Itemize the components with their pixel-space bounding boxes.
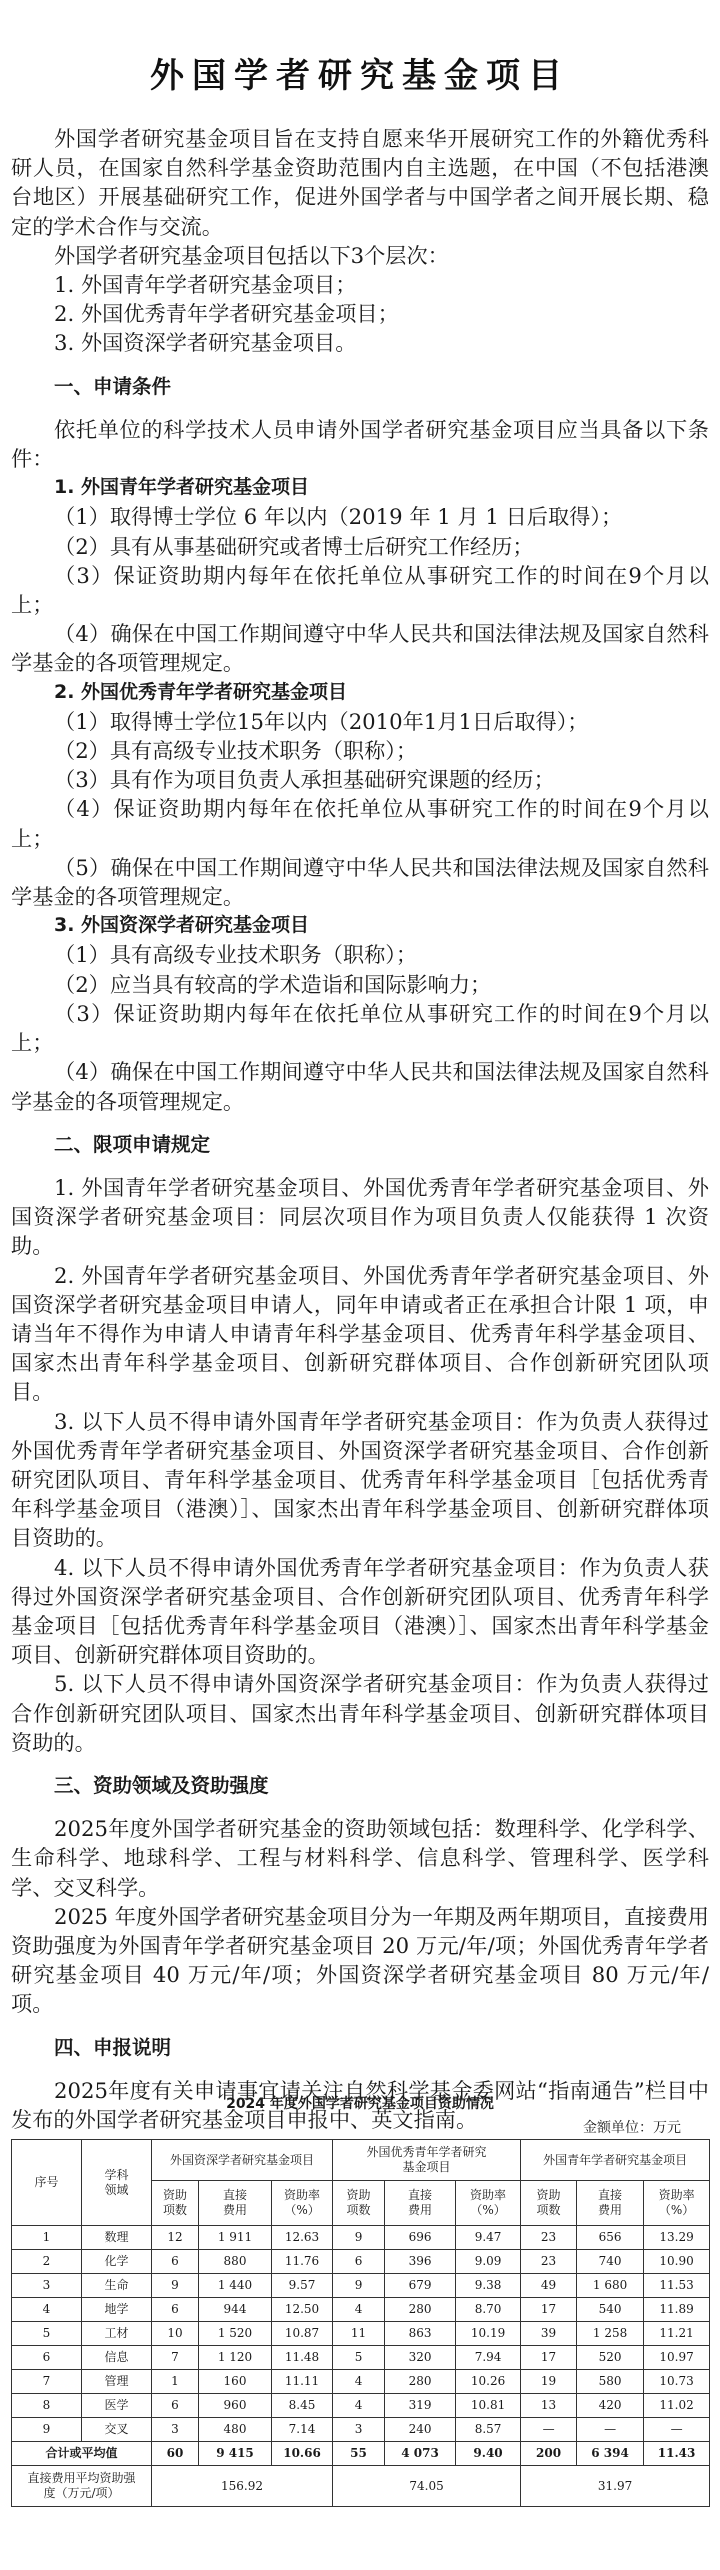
cell-value: 8.70 [456,2298,521,2322]
cell-value: 11.89 [644,2298,710,2322]
total-cell: 200 [521,2442,577,2466]
average-cell-young: 31.97 [521,2466,710,2507]
total-cell: 4 073 [385,2442,456,2466]
subheader-cost: 直接费用 [199,2181,272,2226]
cell-value: 12 [152,2226,199,2250]
cell-value: 23 [521,2250,577,2274]
subheader-count: 资助项数 [333,2181,385,2226]
cell-value: — [521,2418,577,2442]
cell-value: 12.63 [272,2226,333,2250]
average-cell-excellent-young: 74.05 [333,2466,521,2507]
cell-value: 39 [521,2322,577,2346]
cell-value: 13 [521,2394,577,2418]
eligibility-group-title: 3. 外国资深学者研究基金项目 [11,911,709,940]
table-body: 1数理121 91112.6396969.472365613.292化学6880… [12,2226,710,2442]
level-item: 3. 外国资深学者研究基金项目。 [11,328,709,357]
header-group-senior: 外国资深学者研究基金项目 [152,2140,333,2181]
table-row: 5工材101 52010.871186310.19391 25811.21 [12,2322,710,2346]
intro-paragraph: 外国学者研究基金项目旨在支持自愿来华开展研究工作的外籍优秀科研人员，在国家自然科… [11,124,709,241]
cell-value: 11.53 [644,2274,710,2298]
header-field: 学科领域 [82,2140,152,2226]
cell-seq: 5 [12,2322,82,2346]
eligibility-group-title: 2. 外国优秀青年学者研究基金项目 [11,678,709,707]
cell-value: 319 [385,2394,456,2418]
table-row: 4地学694412.5042808.701754011.89 [12,2298,710,2322]
cell-value: 11.11 [272,2370,333,2394]
cell-seq: 9 [12,2418,82,2442]
cell-value: 944 [199,2298,272,2322]
cell-value: 3 [333,2418,385,2442]
cell-field: 数理 [82,2226,152,2250]
cell-value: 480 [199,2418,272,2442]
subheader-rate: 资助率（%） [272,2181,333,2226]
table-row: 9交叉34807.1432408.57——— [12,2418,710,2442]
total-cell: 11.43 [644,2442,710,2466]
cell-seq: 6 [12,2346,82,2370]
cell-value: 740 [577,2250,644,2274]
eligibility-item: （4）保证资助期内每年在依托单位从事研究工作的时间在9个月以上； [11,794,709,852]
restriction-item: 2. 外国青年学者研究基金项目、外国优秀青年学者研究基金项目、外国资深学者研究基… [11,1261,709,1407]
cell-value: 6 [152,2298,199,2322]
cell-value: 280 [385,2298,456,2322]
section-heading-eligibility: 一、申请条件 [11,372,709,401]
cell-value: 17 [521,2346,577,2370]
cell-value: 9 [333,2226,385,2250]
cell-seq: 4 [12,2298,82,2322]
table-row: 2化学688011.7663969.092374010.90 [12,2250,710,2274]
eligibility-item: （1）取得博士学位 6 年以内（2019 年 1 月 1 日后取得）； [11,502,709,531]
total-cell: 55 [333,2442,385,2466]
cell-value: 863 [385,2322,456,2346]
cell-value: 11.02 [644,2394,710,2418]
cell-seq: 1 [12,2226,82,2250]
cell-value: 960 [199,2394,272,2418]
table-row: 8医学69608.45431910.811342011.02 [12,2394,710,2418]
table-row-average: 直接费用平均资助强度（万元/项） 156.92 74.05 31.97 [12,2466,710,2507]
cell-value: 7.94 [456,2346,521,2370]
cell-value: 10.19 [456,2322,521,2346]
total-cell: 9 415 [199,2442,272,2466]
restriction-item: 3. 以下人员不得申请外国青年学者研究基金项目：作为负责人获得过外国优秀青年学者… [11,1407,709,1553]
eligibility-item: （1）具有高级专业技术职务（职称）； [11,940,709,969]
eligibility-item: （3）具有作为项目负责人承担基础研究课题的经历； [11,765,709,794]
cell-value: 6 [152,2250,199,2274]
cell-value: 1 120 [199,2346,272,2370]
header-group-excellent-young: 外国优秀青年学者研究基金项目 [333,2140,521,2181]
restriction-item: 4. 以下人员不得申请外国优秀青年学者研究基金项目：作为负责人获得过外国资深学者… [11,1553,709,1670]
cell-value: 1 520 [199,2322,272,2346]
cell-seq: 2 [12,2250,82,2274]
cell-value: 8.45 [272,2394,333,2418]
cell-value: 9.57 [272,2274,333,2298]
cell-field: 化学 [82,2250,152,2274]
cell-value: 10 [152,2322,199,2346]
cell-value: 656 [577,2226,644,2250]
eligibility-item: （4）确保在中国工作期间遵守中华人民共和国法律法规及国家自然科学基金的各项管理规… [11,619,709,677]
table-row: 3生命91 4409.5796799.38491 68011.53 [12,2274,710,2298]
cell-value: 17 [521,2298,577,2322]
subheader-rate: 资助率（%） [644,2181,710,2226]
page-title: 外国学者研究基金项目 [11,48,709,97]
subheader-rate: 资助率（%） [456,2181,521,2226]
restriction-item: 5. 以下人员不得申请外国资深学者研究基金项目：作为负责人获得过合作创新研究团队… [11,1669,709,1757]
eligibility-item: （1）取得博士学位15年以内（2010年1月1日后取得）； [11,707,709,736]
cell-value: 7 [152,2346,199,2370]
cell-value: 1 [152,2370,199,2394]
eligibility-item: （2）应当具有较高的学术造诣和国际影响力； [11,970,709,999]
cell-seq: 7 [12,2370,82,2394]
eligibility-item: （5）确保在中国工作期间遵守中华人民共和国法律法规及国家自然科学基金的各项管理规… [11,853,709,911]
section-heading-restrictions: 二、限项申请规定 [11,1130,709,1159]
cell-value: 679 [385,2274,456,2298]
subheader-count: 资助项数 [152,2181,199,2226]
restriction-item: 1. 外国青年学者研究基金项目、外国优秀青年学者研究基金项目、外国资深学者研究基… [11,1173,709,1261]
cell-value: 396 [385,2250,456,2274]
cell-value: 1 911 [199,2226,272,2250]
subheader-count: 资助项数 [521,2181,577,2226]
cell-value: 280 [385,2370,456,2394]
cell-field: 工材 [82,2322,152,2346]
funding-paragraph: 2025年度外国学者研究基金的资助领域包括：数理科学、化学科学、生命科学、地球科… [11,1814,709,1902]
cell-value: 3 [152,2418,199,2442]
section-heading-application: 四、申报说明 [11,2033,709,2062]
document-body: 外国学者研究基金项目旨在支持自愿来华开展研究工作的外籍优秀科研人员，在国家自然科… [11,124,709,2134]
cell-field: 管理 [82,2370,152,2394]
eligibility-item: （2）具有从事基础研究或者博士后研究工作经历； [11,532,709,561]
cell-value: 320 [385,2346,456,2370]
cell-value: 23 [521,2226,577,2250]
total-label: 合计或平均值 [12,2442,152,2466]
table-row: 6信息71 12011.4853207.941752010.97 [12,2346,710,2370]
cell-value: 10.26 [456,2370,521,2394]
cell-value: 520 [577,2346,644,2370]
header-group-young: 外国青年学者研究基金项目 [521,2140,710,2181]
cell-value: 7.14 [272,2418,333,2442]
cell-value: 11.76 [272,2250,333,2274]
cell-value: 11 [333,2322,385,2346]
total-cell: 60 [152,2442,199,2466]
total-cell: 9.40 [456,2442,521,2466]
cell-value: 696 [385,2226,456,2250]
cell-field: 交叉 [82,2418,152,2442]
cell-value: 49 [521,2274,577,2298]
cell-value: 11.21 [644,2322,710,2346]
cell-value: 1 258 [577,2322,644,2346]
cell-value: 240 [385,2418,456,2442]
cell-value: — [577,2418,644,2442]
average-cell-senior: 156.92 [152,2466,333,2507]
cell-value: 4 [333,2298,385,2322]
section-heading-funding: 三、资助领域及资助强度 [11,1771,709,1800]
cell-value: 9 [333,2274,385,2298]
funding-paragraph: 2025 年度外国学者研究基金项目分为一年期及两年期项目，直接费用资助强度为外国… [11,1902,709,2019]
table-row-total: 合计或平均值 60 9 415 10.66 55 4 073 9.40 200 … [12,2442,710,2466]
table-row: 7管理116011.11428010.261958010.73 [12,2370,710,2394]
average-label: 直接费用平均资助强度（万元/项） [12,2466,152,2507]
cell-field: 信息 [82,2346,152,2370]
cell-value: 160 [199,2370,272,2394]
cell-value: 9.47 [456,2226,521,2250]
cell-value: 4 [333,2370,385,2394]
cell-value: — [644,2418,710,2442]
cell-value: 1 680 [577,2274,644,2298]
cell-value: 10.90 [644,2250,710,2274]
cell-value: 19 [521,2370,577,2394]
cell-value: 4 [333,2394,385,2418]
cell-field: 医学 [82,2394,152,2418]
level-item: 2. 外国优秀青年学者研究基金项目； [11,299,709,328]
cell-field: 生命 [82,2274,152,2298]
cell-field: 地学 [82,2298,152,2322]
cell-value: 5 [333,2346,385,2370]
cell-value: 11.48 [272,2346,333,2370]
cell-value: 880 [199,2250,272,2274]
levels-lead: 外国学者研究基金项目包括以下3个层次： [11,241,709,270]
eligibility-item: （4）确保在中国工作期间遵守中华人民共和国法律法规及国家自然科学基金的各项管理规… [11,1057,709,1115]
cell-seq: 8 [12,2394,82,2418]
eligibility-item: （2）具有高级专业技术职务（职称）； [11,736,709,765]
cell-value: 540 [577,2298,644,2322]
cell-value: 420 [577,2394,644,2418]
cell-value: 6 [333,2250,385,2274]
cell-value: 580 [577,2370,644,2394]
table-unit: 金额单位：万元 [583,2117,681,2137]
table-row: 1数理121 91112.6396969.472365613.29 [12,2226,710,2250]
cell-value: 1 440 [199,2274,272,2298]
eligibility-item: （3）保证资助期内每年在依托单位从事研究工作的时间在9个月以上； [11,999,709,1057]
subheader-cost: 直接费用 [577,2181,644,2226]
cell-value: 10.73 [644,2370,710,2394]
eligibility-group-title: 1. 外国青年学者研究基金项目 [11,473,709,502]
cell-seq: 3 [12,2274,82,2298]
level-item: 1. 外国青年学者研究基金项目； [11,270,709,299]
funding-table: 序号 学科领域 外国资深学者研究基金项目 外国优秀青年学者研究基金项目 外国青年… [11,2139,710,2507]
cell-value: 10.81 [456,2394,521,2418]
eligibility-item: （3）保证资助期内每年在依托单位从事研究工作的时间在9个月以上； [11,561,709,619]
eligibility-lead: 依托单位的科学技术人员申请外国学者研究基金项目应当具备以下条件： [11,415,709,473]
cell-value: 9.09 [456,2250,521,2274]
cell-value: 8.57 [456,2418,521,2442]
cell-value: 12.50 [272,2298,333,2322]
cell-value: 9 [152,2274,199,2298]
total-cell: 10.66 [272,2442,333,2466]
cell-value: 10.97 [644,2346,710,2370]
total-cell: 6 394 [577,2442,644,2466]
cell-value: 13.29 [644,2226,710,2250]
table-title: 2024 年度外国学者研究基金项目资助情况 [11,2093,709,2113]
header-seq: 序号 [12,2140,82,2226]
cell-value: 10.87 [272,2322,333,2346]
subheader-cost: 直接费用 [385,2181,456,2226]
cell-value: 9.38 [456,2274,521,2298]
cell-value: 6 [152,2394,199,2418]
